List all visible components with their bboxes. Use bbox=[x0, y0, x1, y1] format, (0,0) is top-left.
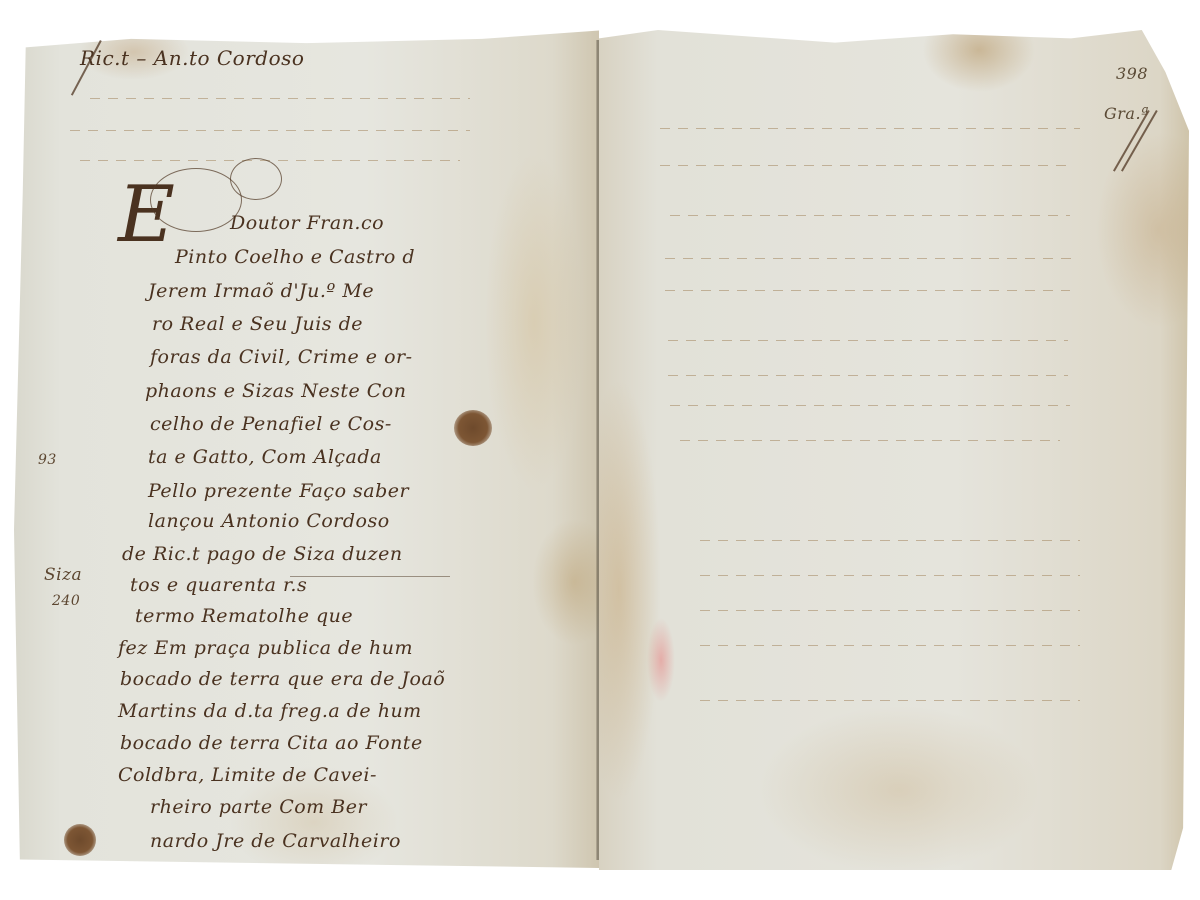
manuscript-line: bocado de terra que era de Joaõ bbox=[120, 668, 445, 690]
manuscript-line: Doutor Fran.co bbox=[230, 212, 384, 234]
manuscript-line: tos e quarenta r.s bbox=[130, 574, 307, 596]
bleed-through-line bbox=[670, 215, 1070, 216]
bleed-through-line bbox=[90, 98, 470, 99]
bleed-through-line bbox=[660, 165, 1070, 166]
manuscript-line: foras da Civil, Crime e or- bbox=[150, 346, 413, 368]
fill-line bbox=[290, 576, 450, 577]
initial-flourish bbox=[230, 158, 282, 200]
bleed-through-line bbox=[700, 540, 1080, 541]
manuscript-line: phaons e Sizas Neste Con bbox=[145, 380, 406, 402]
manuscript-line: termo Rematolhe que bbox=[135, 605, 353, 627]
right-page bbox=[599, 30, 1189, 870]
bleed-through-line bbox=[70, 130, 470, 131]
manuscript-line: ro Real e Seu Juis de bbox=[152, 313, 363, 335]
manuscript-line: Pinto Coelho e Castro d bbox=[175, 246, 415, 268]
manuscript-spread: Ric.t – An.to Cordoso E Doutor Fran.co P… bbox=[0, 0, 1200, 900]
ink-stain bbox=[454, 410, 492, 446]
margin-note: 240 bbox=[52, 593, 80, 609]
manuscript-line: nardo Jre de Carvalheiro bbox=[150, 830, 401, 852]
margin-note: 93 bbox=[38, 452, 57, 468]
bleed-through-line bbox=[665, 290, 1070, 291]
bleed-through-line bbox=[700, 700, 1080, 701]
manuscript-line: bocado de terra Cita ao Fonte bbox=[120, 732, 423, 754]
bleed-through-line bbox=[660, 128, 1080, 129]
folio-number: 398 bbox=[1116, 64, 1148, 83]
bleed-through-line bbox=[700, 645, 1080, 646]
manuscript-line: fez Em praça publica de hum bbox=[118, 637, 413, 659]
bleed-through-line bbox=[665, 258, 1075, 259]
manuscript-line: rheiro parte Com Ber bbox=[150, 796, 367, 818]
bleed-through-line bbox=[700, 575, 1080, 576]
manuscript-line: ta e Gatto, Com Alçada bbox=[148, 446, 382, 468]
manuscript-line: Pello prezente Faço saber bbox=[148, 480, 409, 502]
ink-stain bbox=[64, 824, 96, 856]
document-heading: Ric.t – An.to Cordoso bbox=[80, 46, 304, 70]
manuscript-line: lançou Antonio Cordoso bbox=[148, 510, 390, 532]
bleed-through-line bbox=[700, 610, 1080, 611]
bleed-through-line bbox=[670, 405, 1070, 406]
initial-flourish bbox=[150, 168, 242, 232]
bleed-through-line bbox=[680, 440, 1060, 441]
manuscript-line: celho de Penafiel e Cos- bbox=[150, 413, 392, 435]
bleed-through-line bbox=[668, 375, 1068, 376]
margin-note: Siza bbox=[44, 565, 82, 585]
manuscript-line: de Ric.t pago de Siza duzen bbox=[122, 543, 403, 565]
manuscript-line: Martins da d.ta freg.a de hum bbox=[118, 700, 422, 722]
manuscript-line: Jerem Irmaõ d'Ju.º Me bbox=[148, 280, 374, 302]
manuscript-line: Coldbra, Limite de Cavei- bbox=[118, 764, 377, 786]
bleed-through-line bbox=[668, 340, 1068, 341]
